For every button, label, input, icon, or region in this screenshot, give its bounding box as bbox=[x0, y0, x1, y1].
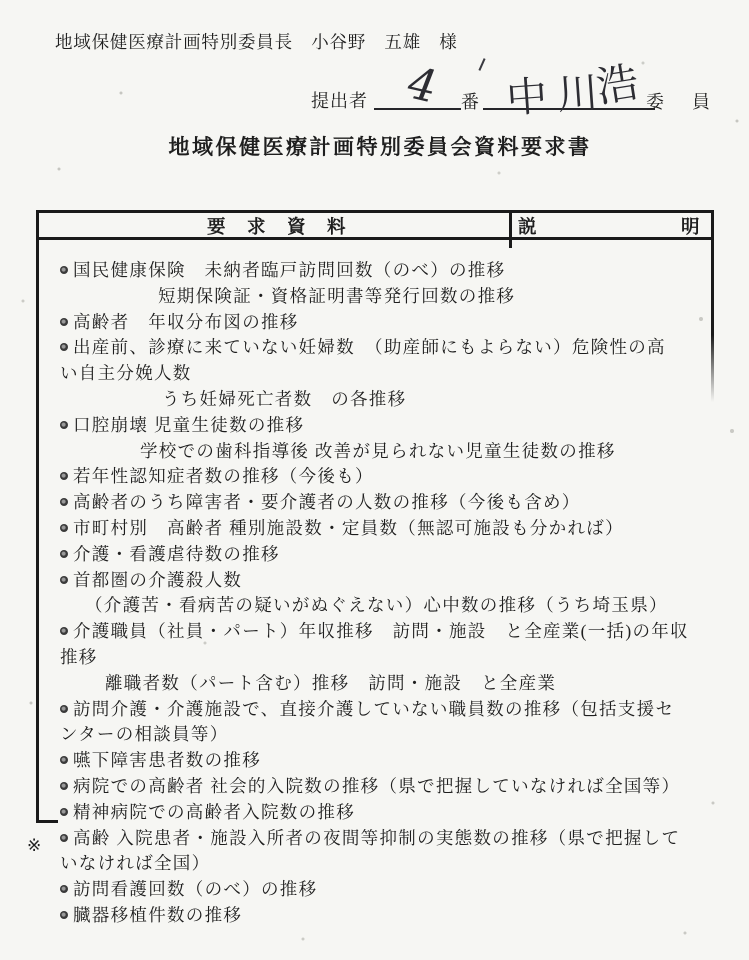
request-item: い自主分娩人数 bbox=[36, 361, 726, 387]
member-suffix-label: 委 員 bbox=[646, 88, 715, 114]
bullet-icon bbox=[60, 472, 68, 480]
request-item-text: 離職者数（パート含む）推移 訪問・施設 と全産業 bbox=[105, 673, 556, 693]
bullet-icon bbox=[60, 911, 68, 919]
request-item: 口腔崩壊 児童生徒数の推移 bbox=[36, 413, 726, 439]
request-item-text: 臓器移植件数の推移 bbox=[73, 905, 242, 925]
bullet-icon bbox=[60, 266, 68, 274]
request-item-text: 精神病院での高齢者入院数の推移 bbox=[73, 802, 355, 822]
bullet-icon bbox=[60, 627, 68, 635]
request-item-text: 訪問看護回数（のべ）の推移 bbox=[73, 879, 317, 899]
request-item: 臓器移植件数の推移 bbox=[36, 903, 726, 929]
document-title: 地域保健医療計画特別委員会資料要求書 bbox=[169, 131, 592, 161]
request-item: 訪問看護回数（のべ）の推移 bbox=[36, 877, 726, 903]
bullet-icon bbox=[60, 318, 68, 326]
request-item: 首都圏の介護殺人数 bbox=[36, 568, 726, 594]
submitter-label: 提出者 bbox=[311, 87, 368, 113]
request-item-text: 嚥下障害患者数の推移 bbox=[73, 750, 261, 770]
bullet-icon bbox=[60, 834, 68, 842]
scan-noise-specks bbox=[0, 0, 2, 2]
request-item-text: い自主分娩人数 bbox=[60, 363, 192, 383]
handwritten-member-number: 4 bbox=[399, 58, 445, 112]
request-item: 学校での歯科指導後 改善が見られない児童生徒数の推移 bbox=[36, 439, 726, 465]
request-items-list: 国民健康保険 未納者臨戸訪問回数（のべ）の推移短期保険証・資格証明書等発行回数の… bbox=[36, 258, 726, 929]
margin-reference-mark: ※ bbox=[27, 836, 41, 856]
request-item-text: 短期保険証・資格証明書等発行回数の推移 bbox=[158, 286, 515, 306]
table-top-border bbox=[36, 210, 713, 213]
request-item-text: 口腔崩壊 児童生徒数の推移 bbox=[73, 415, 304, 435]
request-item-text: 国民健康保険 未納者臨戸訪問回数（のべ）の推移 bbox=[73, 260, 505, 280]
request-item: 介護・看護虐待数の推移 bbox=[36, 542, 726, 568]
bullet-icon bbox=[60, 808, 68, 816]
column-header-explanation-left: 説 bbox=[518, 213, 537, 239]
request-item: 高齢 入院患者・施設入所者の夜間等抑制の実態数の推移（県で把握して bbox=[36, 826, 726, 852]
request-item: ンターの相談員等） bbox=[36, 722, 726, 748]
request-item: うち妊婦死亡者数 の各推移 bbox=[36, 387, 726, 413]
request-item: 出産前、診療に来ていない妊婦数 （助産師にもよらない）危険性の高 bbox=[36, 335, 726, 361]
request-item-text: 学校での歯科指導後 改善が見られない児童生徒数の推移 bbox=[140, 441, 616, 461]
request-item: 高齢者 年収分布図の推移 bbox=[36, 310, 726, 336]
request-item-text: 推移 bbox=[60, 647, 98, 667]
bullet-icon bbox=[60, 885, 68, 893]
request-item-text: いなければ全国） bbox=[60, 853, 210, 873]
request-item-text: 市町村別 高齢者 種別施設数・定員数（無認可施設も分かれば） bbox=[73, 518, 624, 538]
handwritten-given-name: 浩 bbox=[592, 49, 643, 115]
request-item: 推移 bbox=[36, 645, 726, 671]
request-item: 若年性認知症者数の推移（今後も） bbox=[36, 464, 726, 490]
request-item: 精神病院での高齢者入院数の推移 bbox=[36, 800, 726, 826]
request-item-text: 首都圏の介護殺人数 bbox=[73, 570, 242, 590]
bullet-icon bbox=[60, 550, 68, 558]
table-column-divider bbox=[509, 210, 512, 248]
column-header-explanation-right: 明 bbox=[681, 213, 700, 239]
bullet-icon bbox=[60, 756, 68, 764]
request-item: 国民健康保険 未納者臨戸訪問回数（のべ）の推移 bbox=[36, 258, 726, 284]
request-item-text: うち妊婦死亡者数 の各推移 bbox=[162, 389, 406, 409]
request-item-text: 高齢者 年収分布図の推移 bbox=[73, 312, 299, 332]
request-item: 訪問介護・介護施設で、直接介護していない職員数の推移（包括支援セ bbox=[36, 697, 726, 723]
request-item-text: 高齢者のうち障害者・要介護者の人数の推移（今後も含め） bbox=[73, 492, 581, 512]
request-item: いなければ全国） bbox=[36, 851, 726, 877]
pen-stroke-mark bbox=[478, 58, 485, 71]
bullet-icon bbox=[60, 576, 68, 584]
bullet-icon bbox=[60, 524, 68, 532]
request-item: 介護職員（社員・パート）年収推移 訪問・施設 と全産業(一括)の年収 bbox=[36, 619, 726, 645]
request-item-text: 介護・看護虐待数の推移 bbox=[73, 544, 280, 564]
request-item-text: （介護苦・看病苦の疑いがぬぐえない）心中数の推移（うち埼玉県） bbox=[85, 595, 668, 615]
request-item: 短期保険証・資格証明書等発行回数の推移 bbox=[36, 284, 726, 310]
request-item-text: 出産前、診療に来ていない妊婦数 （助産師にもよらない）危険性の高 bbox=[73, 337, 666, 357]
bullet-icon bbox=[60, 705, 68, 713]
bullet-icon bbox=[60, 421, 68, 429]
bullet-icon bbox=[60, 343, 68, 351]
request-item: 高齢者のうち障害者・要介護者の人数の推移（今後も含め） bbox=[36, 490, 726, 516]
request-item-text: ンターの相談員等） bbox=[60, 724, 229, 744]
request-item-text: 訪問介護・介護施設で、直接介護していない職員数の推移（包括支援セ bbox=[73, 699, 674, 719]
request-item: 市町村別 高齢者 種別施設数・定員数（無認可施設も分かれば） bbox=[36, 516, 726, 542]
request-item-text: 介護職員（社員・パート）年収推移 訪問・施設 と全産業(一括)の年収 bbox=[73, 621, 689, 641]
request-item: 嚥下障害患者数の推移 bbox=[36, 748, 726, 774]
bullet-icon bbox=[60, 498, 68, 506]
scanned-document-page: 地域保健医療計画特別委員長 小谷野 五雄 様 提出者 4 番 中川 浩 委 員 … bbox=[0, 0, 749, 960]
request-item-text: 病院での高齢者 社会的入院数の推移（県で把握していなければ全国等） bbox=[73, 776, 680, 796]
request-item-text: 高齢 入院患者・施設入所者の夜間等抑制の実態数の推移（県で把握して bbox=[73, 828, 680, 848]
bullet-icon bbox=[60, 782, 68, 790]
column-header-requested-materials: 要 求 資 料 bbox=[207, 213, 347, 239]
request-item: 離職者数（パート含む）推移 訪問・施設 と全産業 bbox=[36, 671, 726, 697]
table-header-bottom-border bbox=[36, 237, 713, 240]
number-suffix-label: 番 bbox=[461, 88, 479, 114]
request-item: 病院での高齢者 社会的入院数の推移（県で把握していなければ全国等） bbox=[36, 774, 726, 800]
addressee-line: 地域保健医療計画特別委員長 小谷野 五雄 様 bbox=[55, 29, 458, 54]
request-item-text: 若年性認知症者数の推移（今後も） bbox=[73, 466, 374, 486]
request-item: （介護苦・看病苦の疑いがぬぐえない）心中数の推移（うち埼玉県） bbox=[36, 593, 726, 619]
